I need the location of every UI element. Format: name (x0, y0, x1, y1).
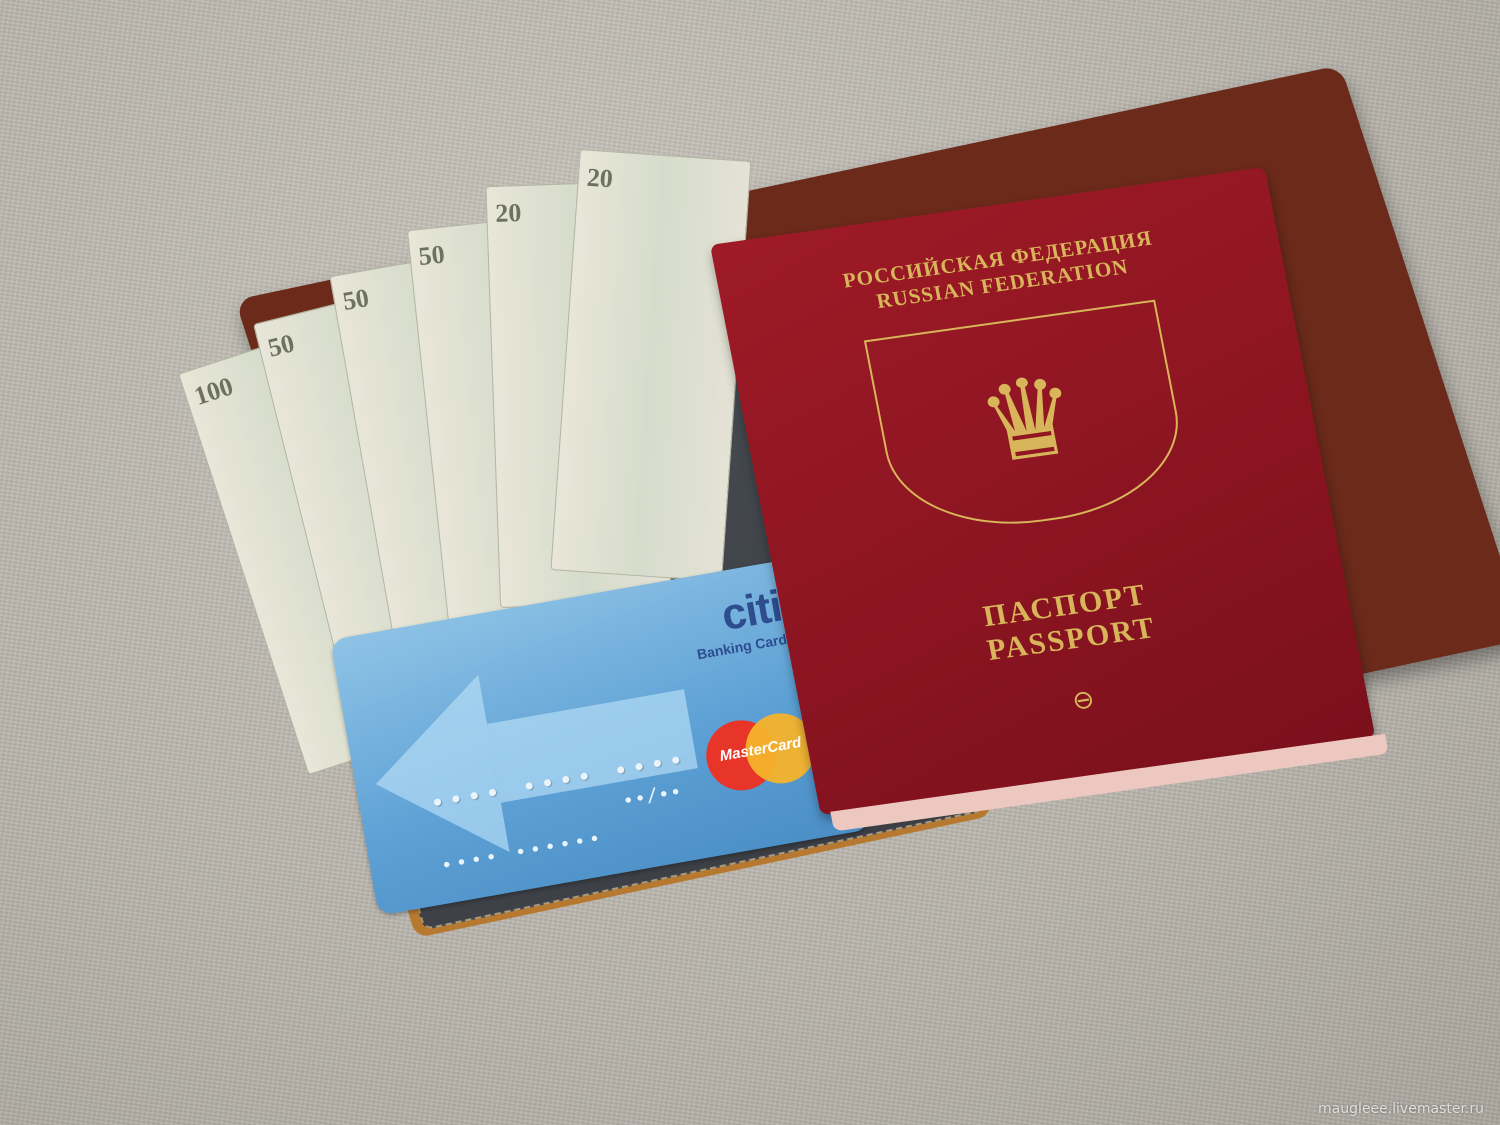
passport: РОССИЙСКАЯ ФЕДЕРАЦИЯ RUSSIAN FEDERATION … (710, 167, 1375, 815)
bill-denomination: 50 (265, 328, 297, 363)
bill-denomination: 20 (495, 198, 522, 229)
card-brand: citi Banking Card (687, 582, 788, 663)
bill: 20 (550, 149, 751, 582)
coat-of-arms-frame: ♛ (864, 300, 1194, 541)
bill-denomination: 50 (417, 240, 446, 273)
bill-denomination: 20 (586, 163, 614, 195)
card-expiry-masked: ••/•• (621, 781, 684, 814)
bill-denomination: 50 (340, 283, 371, 317)
watermark: maugleee.livemaster.ru (1318, 1101, 1484, 1117)
arrow-graphic-icon (360, 675, 509, 873)
double-headed-eagle-icon: ♛ (970, 359, 1089, 481)
bill-denomination: 100 (191, 371, 237, 412)
